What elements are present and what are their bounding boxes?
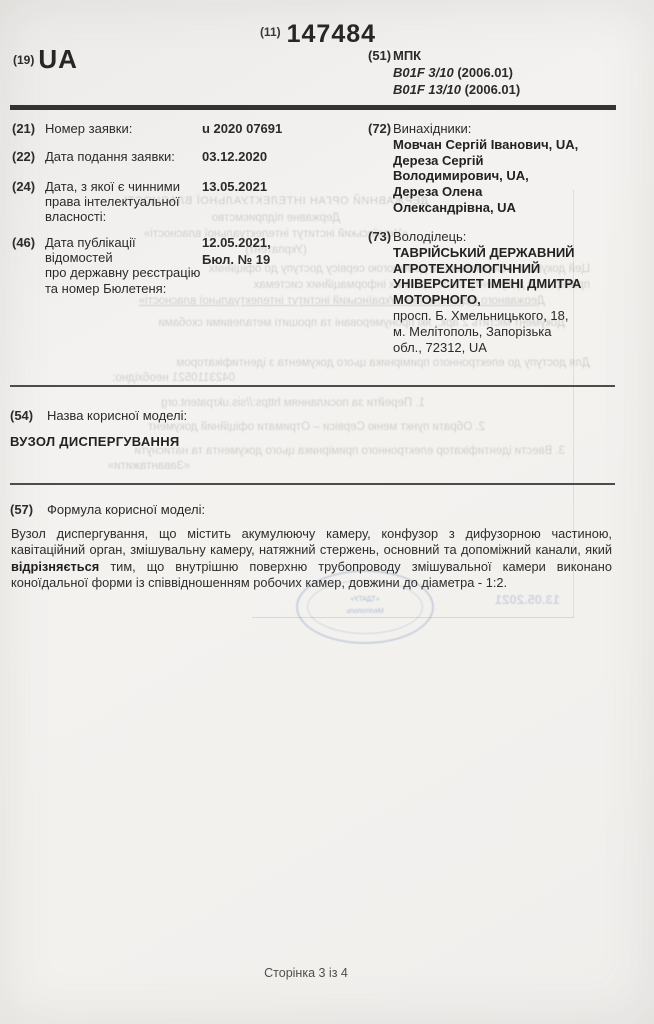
ipc-class: B01F 13/10 — [393, 82, 461, 97]
inid-code-51: (51) — [368, 47, 391, 64]
section-divider — [10, 385, 615, 387]
claims-text: Вузол диспергування, що містить акумулюю… — [11, 526, 612, 591]
inid-code-21: (21) — [12, 121, 35, 136]
field-label: Дата подання заявки: — [45, 149, 201, 164]
ipc-label: МПК — [393, 47, 520, 64]
field-label: Дата публікації відомостей про державну … — [45, 235, 201, 296]
claims-emphasized-word: відрізняється — [11, 559, 99, 574]
country-code-line: (19)UA — [13, 44, 78, 75]
bleedthrough-line: «Завантажити» — [75, 459, 190, 473]
claims-text-after: тим, що внутрішню поверхню трубопроводу … — [11, 559, 612, 590]
inid-code-73: (73) — [368, 229, 391, 245]
inid-code-19: (19) — [13, 53, 34, 67]
owner-block: (73) Володілець: ТАВРІЙСЬКИЙ ДЕРЖАВНИЙ А… — [368, 229, 603, 355]
publication-number: 147484 — [287, 20, 376, 48]
field-value: u 2020 07691 — [202, 121, 392, 138]
field-value: 03.12.2020 — [202, 149, 392, 166]
claims-section-label: Формула корисної моделі: — [47, 502, 205, 517]
section-divider — [10, 483, 615, 485]
inid-code-54: (54) — [10, 408, 33, 423]
bleedthrough-line: Для доступу до електронного примірника ц… — [95, 356, 590, 370]
inid-code-72: (72) — [368, 121, 391, 137]
title-section-label: Назва корисної моделі: — [47, 408, 187, 423]
bleedthrough-line: 0423110521 необхідно: — [75, 371, 235, 385]
ipc-version: (2006.01) — [457, 65, 513, 80]
ipc-version: (2006.01) — [465, 82, 521, 97]
inventors-label: Винахідники: — [393, 121, 603, 137]
field-value: 12.05.2021, Бюл. № 19 — [202, 235, 392, 268]
field-label: Номер заявки: — [45, 121, 201, 136]
owner-name: ТАВРІЙСЬКИЙ ДЕРЖАВНИЙ АГРОТЕХНОЛОГІЧНИЙ … — [393, 245, 603, 308]
inid-code-11: (11) — [260, 25, 281, 39]
header-divider — [10, 105, 616, 110]
owner-address: просп. Б. Хмельницького, 18, м. Мелітопо… — [393, 308, 603, 355]
patent-page: ДЕРЖАВНИЙ ОРГАН ІНТЕЛЕКТУАЛЬНОЇ ВЛАСНОСТ… — [0, 0, 654, 1024]
page-indicator: Сторінка 3 із 4 — [0, 966, 612, 980]
owner-label: Володілець: — [393, 229, 603, 245]
inventors-block: (72) Винахідники: Мовчан Сергій Іванович… — [368, 121, 603, 216]
inid-code-24: (24) — [12, 179, 35, 194]
ipc-code: B01F 13/10 (2006.01) — [393, 81, 520, 98]
claims-text-before: Вузол диспергування, що містить акумулюю… — [11, 526, 612, 557]
stamp-text: Мелітополь — [298, 608, 432, 615]
bleedthrough-date: 13.05.2021 — [450, 593, 560, 607]
field-value: 13.05.2021 — [202, 179, 392, 196]
inid-code-22: (22) — [12, 149, 35, 164]
publication-number-line: (11)147484 — [0, 20, 636, 49]
ipc-code: B01F 3/10 (2006.01) — [393, 64, 520, 81]
ipc-block: (51) МПК B01F 3/10 (2006.01) B01F 13/10 … — [368, 47, 520, 98]
inid-code-57: (57) — [10, 502, 33, 517]
inid-code-46: (46) — [12, 235, 35, 250]
utility-model-title: ВУЗОЛ ДИСПЕРГУВАННЯ — [10, 434, 180, 449]
ipc-class: B01F 3/10 — [393, 65, 454, 80]
inventors-names: Мовчан Сергій Іванович, UA, Дереза Сергі… — [393, 137, 603, 216]
stamp-text: «ТДАТУ» — [298, 596, 432, 603]
country-code: UA — [38, 44, 78, 74]
field-label: Дата, з якої є чинними права інтелектуал… — [45, 179, 201, 225]
